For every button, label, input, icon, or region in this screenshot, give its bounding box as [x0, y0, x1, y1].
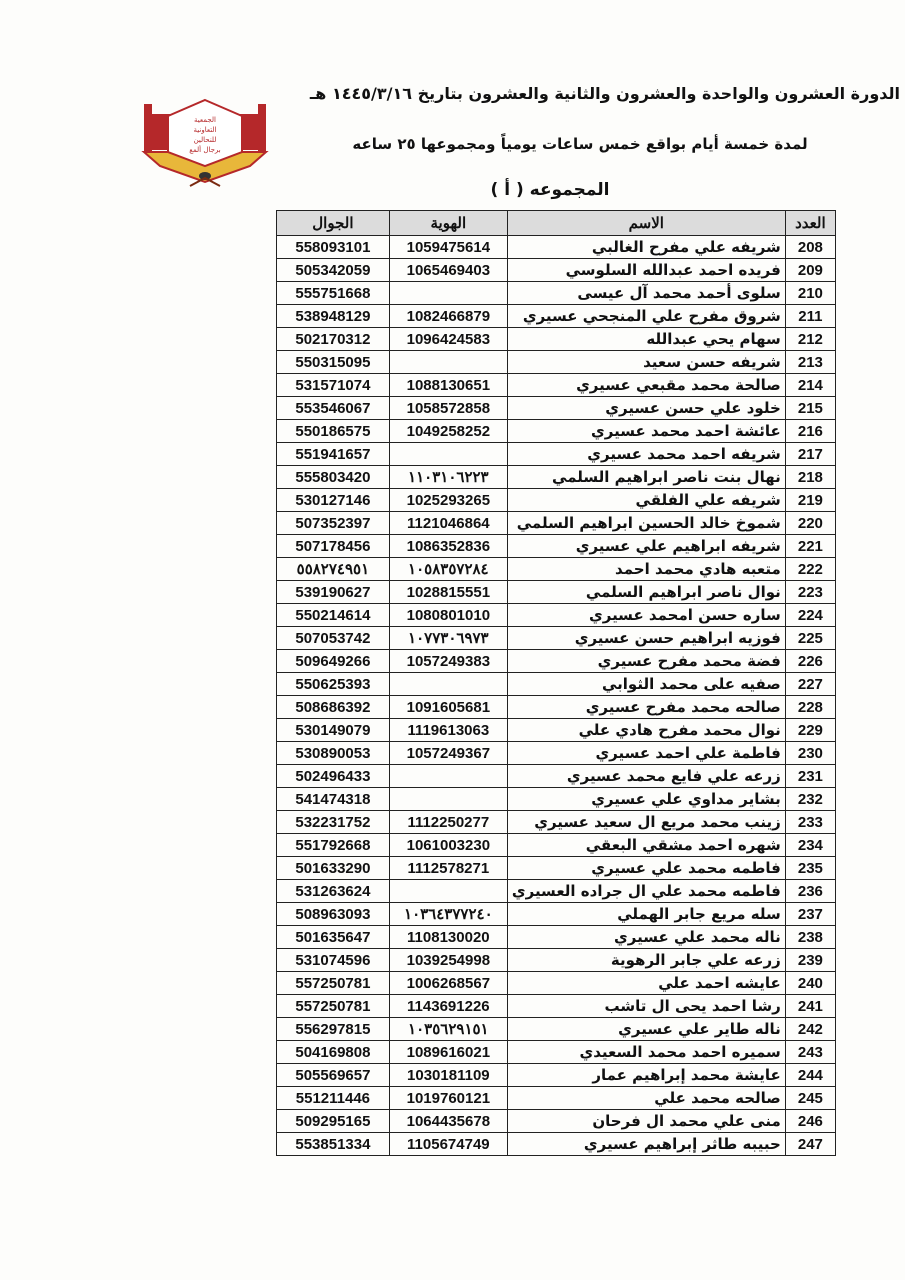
row-number: 241 — [785, 995, 835, 1018]
participant-name: صفيه على محمد الثوابي — [507, 673, 785, 696]
table-row: 234شهره احمد مشقي البعقي1061003230551792… — [277, 834, 836, 857]
mobile-number: 550315095 — [277, 351, 390, 374]
mobile-number: 551941657 — [277, 443, 390, 466]
row-number: 230 — [785, 742, 835, 765]
table-row: 224ساره حسن امحمد عسيري10808010105502146… — [277, 604, 836, 627]
participant-name: سلوى أحمد محمد آل عيسى — [507, 282, 785, 305]
table-row: 210سلوى أحمد محمد آل عيسى555751668 — [277, 282, 836, 305]
participant-name: متعبه هادي محمد احمد — [507, 558, 785, 581]
table-row: 236فاطمه محمد علي ال جراده العسيري531263… — [277, 880, 836, 903]
national-id: 1019760121 — [389, 1087, 507, 1110]
participant-name: منى علي محمد ال فرحان — [507, 1110, 785, 1133]
national-id: 1039254998 — [389, 949, 507, 972]
mobile-number: 531074596 — [277, 949, 390, 972]
mobile-number: 557250781 — [277, 995, 390, 1018]
row-number: 226 — [785, 650, 835, 673]
participant-name: سهام يحي عبدالله — [507, 328, 785, 351]
mobile-number: 507178456 — [277, 535, 390, 558]
table-row: 244عايشة محمد إبراهيم عمار10301811095055… — [277, 1064, 836, 1087]
row-number: 218 — [785, 466, 835, 489]
national-id — [389, 351, 507, 374]
mobile-number: 531571074 — [277, 374, 390, 397]
participant-name: صالحه محمد مفرح عسيري — [507, 696, 785, 719]
participant-name: ناله محمد علي عسيري — [507, 926, 785, 949]
mobile-number: 530149079 — [277, 719, 390, 742]
row-number: 247 — [785, 1133, 835, 1156]
national-id: 1065469403 — [389, 259, 507, 282]
row-number: 227 — [785, 673, 835, 696]
mobile-number: 509649266 — [277, 650, 390, 673]
table-row: 230فاطمة علي احمد عسيري10572493675308900… — [277, 742, 836, 765]
row-number: 235 — [785, 857, 835, 880]
participant-name: شريفه حسن سعيد — [507, 351, 785, 374]
national-id: 1006268567 — [389, 972, 507, 995]
mobile-number: 550214614 — [277, 604, 390, 627]
mobile-number: ٥٥٨٢٧٤٩٥١ — [277, 558, 390, 581]
participant-name: نهال بنت ناصر ابراهيم السلمي — [507, 466, 785, 489]
national-id: ١١٠٣١٠٦٢٢٣ — [389, 466, 507, 489]
row-number: 222 — [785, 558, 835, 581]
participant-name: سله مريع جابر الهملي — [507, 903, 785, 926]
national-id — [389, 788, 507, 811]
table-row: 239زرعه علي جابر الرهوية1039254998531074… — [277, 949, 836, 972]
national-id: 1089616021 — [389, 1041, 507, 1064]
participant-name: فاطمه محمد علي ال جراده العسيري — [507, 880, 785, 903]
participant-name: صالحة محمد مقبعي عسيري — [507, 374, 785, 397]
row-number: 237 — [785, 903, 835, 926]
row-number: 234 — [785, 834, 835, 857]
table-row: 214صالحة محمد مقبعي عسيري108813065153157… — [277, 374, 836, 397]
mobile-number: 531263624 — [277, 880, 390, 903]
national-id: 1112578271 — [389, 857, 507, 880]
row-number: 221 — [785, 535, 835, 558]
row-number: 209 — [785, 259, 835, 282]
mobile-number: 557250781 — [277, 972, 390, 995]
group-label: المجموعه ( أ ) — [400, 180, 700, 200]
mobile-number: 551211446 — [277, 1087, 390, 1110]
row-number: 215 — [785, 397, 835, 420]
table-row: 216عائشة احمد محمد عسيري1049258252550186… — [277, 420, 836, 443]
mobile-number: 558093101 — [277, 236, 390, 259]
row-number: 240 — [785, 972, 835, 995]
mobile-number: 507053742 — [277, 627, 390, 650]
row-number: 216 — [785, 420, 835, 443]
participant-name: عايشه احمد علي — [507, 972, 785, 995]
mobile-number: 505569657 — [277, 1064, 390, 1087]
participant-name: سميره احمد محمد السعيدي — [507, 1041, 785, 1064]
document-title: الدورة العشرون والواحدة والعشرون والثاني… — [280, 84, 900, 103]
table-row: 211شروق مفرح علي المنجحي عسيري1082466879… — [277, 305, 836, 328]
national-id: 1105674749 — [389, 1133, 507, 1156]
row-number: 232 — [785, 788, 835, 811]
national-id — [389, 880, 507, 903]
table-row: 222متعبه هادي محمد احمد١٠٥٨٣٥٧٢٨٤٥٥٨٢٧٤٩… — [277, 558, 836, 581]
row-number: 220 — [785, 512, 835, 535]
table-row: 243سميره احمد محمد السعيدي10896160215041… — [277, 1041, 836, 1064]
participant-name: زينب محمد مريع ال سعيد عسيري — [507, 811, 785, 834]
participant-name: ساره حسن امحمد عسيري — [507, 604, 785, 627]
mobile-number: 550625393 — [277, 673, 390, 696]
table-row: 233زينب محمد مريع ال سعيد عسيري111225027… — [277, 811, 836, 834]
national-id: 1080801010 — [389, 604, 507, 627]
row-number: 213 — [785, 351, 835, 374]
mobile-number: 530127146 — [277, 489, 390, 512]
national-id: 1025293265 — [389, 489, 507, 512]
row-number: 224 — [785, 604, 835, 627]
participant-name: نوال ناصر ابراهيم السلمي — [507, 581, 785, 604]
national-id: 1088130651 — [389, 374, 507, 397]
national-id: 1119613063 — [389, 719, 507, 742]
row-number: 219 — [785, 489, 835, 512]
national-id: 1028815551 — [389, 581, 507, 604]
participant-name: فاطمة علي احمد عسيري — [507, 742, 785, 765]
national-id: 1061003230 — [389, 834, 507, 857]
national-id: ١٠٧٧٣٠٦٩٧٣ — [389, 627, 507, 650]
table-row: 212سهام يحي عبدالله1096424583502170312 — [277, 328, 836, 351]
mobile-number: 556297815 — [277, 1018, 390, 1041]
row-number: 244 — [785, 1064, 835, 1087]
table-row: 247حبيبه طاثر إبراهيم عسيري1105674749553… — [277, 1133, 836, 1156]
svg-text:الجمعية: الجمعية — [194, 116, 216, 124]
mobile-number: 505342059 — [277, 259, 390, 282]
table-row: 218نهال بنت ناصر ابراهيم السلمي١١٠٣١٠٦٢٢… — [277, 466, 836, 489]
row-number: 245 — [785, 1087, 835, 1110]
national-id: 1112250277 — [389, 811, 507, 834]
national-id: 1096424583 — [389, 328, 507, 351]
row-number: 211 — [785, 305, 835, 328]
national-id: 1058572858 — [389, 397, 507, 420]
mobile-number: 550186575 — [277, 420, 390, 443]
row-number: 212 — [785, 328, 835, 351]
row-number: 238 — [785, 926, 835, 949]
participant-name: بشاير مداوي علي عسيري — [507, 788, 785, 811]
mobile-number: 501635647 — [277, 926, 390, 949]
table-row: 217شريفه احمد محمد عسيري551941657 — [277, 443, 836, 466]
table-row: 231زرعه علي فايع محمد عسيري502496433 — [277, 765, 836, 788]
participant-name: رشا احمد يحى ال تاشب — [507, 995, 785, 1018]
table-row: 246منى علي محمد ال فرحان1064435678509295… — [277, 1110, 836, 1133]
table-row: 228صالحه محمد مفرح عسيري1091605681508686… — [277, 696, 836, 719]
column-header-number: العدد — [785, 211, 835, 236]
column-header-id: الهوية — [389, 211, 507, 236]
mobile-number: 538948129 — [277, 305, 390, 328]
table-row: 245صالحه محمد علي1019760121551211446 — [277, 1087, 836, 1110]
national-id: 1091605681 — [389, 696, 507, 719]
mobile-number: 502496433 — [277, 765, 390, 788]
row-number: 217 — [785, 443, 835, 466]
national-id: 1108130020 — [389, 926, 507, 949]
mobile-number: 530890053 — [277, 742, 390, 765]
row-number: 231 — [785, 765, 835, 788]
mobile-number: 504169808 — [277, 1041, 390, 1064]
participant-name: حبيبه طاثر إبراهيم عسيري — [507, 1133, 785, 1156]
table-row: 223نوال ناصر ابراهيم السلمي1028815551539… — [277, 581, 836, 604]
mobile-number: 539190627 — [277, 581, 390, 604]
mobile-number: 555751668 — [277, 282, 390, 305]
national-id: ١٠٣٦٤٣٧٧٢٤٠ — [389, 903, 507, 926]
national-id: ١٠٣٥٦٢٩١٥١ — [389, 1018, 507, 1041]
row-number: 229 — [785, 719, 835, 742]
national-id — [389, 765, 507, 788]
mobile-number: 508963093 — [277, 903, 390, 926]
row-number: 210 — [785, 282, 835, 305]
table-body: 208شريفه علي مفرح الغالبي105947561455809… — [277, 236, 836, 1156]
table-row: 221شريفه ابراهيم علي عسيري10863528365071… — [277, 535, 836, 558]
table-row: 241رشا احمد يحى ال تاشب11436912265572507… — [277, 995, 836, 1018]
table-row: 213شريفه حسن سعيد550315095 — [277, 351, 836, 374]
table-row: 237سله مريع جابر الهملي١٠٣٦٤٣٧٧٢٤٠508963… — [277, 903, 836, 926]
national-id: 1049258252 — [389, 420, 507, 443]
national-id: 1143691226 — [389, 995, 507, 1018]
national-id — [389, 443, 507, 466]
participant-name: شريفه علي الفلقي — [507, 489, 785, 512]
mobile-number: 508686392 — [277, 696, 390, 719]
participant-name: شريفه علي مفرح الغالبي — [507, 236, 785, 259]
row-number: 236 — [785, 880, 835, 903]
participants-table: العدد الاسم الهوية الجوال 208شريفه علي م… — [276, 210, 836, 1156]
participant-name: زرعه علي فايع محمد عسيري — [507, 765, 785, 788]
table-row: 235فاطمه محمد علي عسيري11125782715016332… — [277, 857, 836, 880]
row-number: 223 — [785, 581, 835, 604]
document-subtitle: لمدة خمسة أيام بواقع خمس ساعات يومياً وم… — [300, 135, 860, 153]
participant-name: خلود علي حسن عسيري — [507, 397, 785, 420]
table-row: 219شريفه علي الفلقي1025293265530127146 — [277, 489, 836, 512]
mobile-number: 507352397 — [277, 512, 390, 535]
table-row: 227صفيه على محمد الثوابي550625393 — [277, 673, 836, 696]
row-number: 233 — [785, 811, 835, 834]
participant-name: شريفه ابراهيم علي عسيري — [507, 535, 785, 558]
table-row: 240عايشه احمد علي1006268567557250781 — [277, 972, 836, 995]
table-row: 215خلود علي حسن عسيري1058572858553546067 — [277, 397, 836, 420]
table-row: 225فوزيه ابراهيم حسن عسيري١٠٧٧٣٠٦٩٧٣5070… — [277, 627, 836, 650]
participant-name: شريفه احمد محمد عسيري — [507, 443, 785, 466]
mobile-number: 509295165 — [277, 1110, 390, 1133]
national-id: 1121046864 — [389, 512, 507, 535]
row-number: 228 — [785, 696, 835, 719]
participant-name: زرعه علي جابر الرهوية — [507, 949, 785, 972]
national-id: ١٠٥٨٣٥٧٢٨٤ — [389, 558, 507, 581]
row-number: 225 — [785, 627, 835, 650]
participant-name: فوزيه ابراهيم حسن عسيري — [507, 627, 785, 650]
row-number: 214 — [785, 374, 835, 397]
column-header-phone: الجوال — [277, 211, 390, 236]
participant-name: صالحه محمد علي — [507, 1087, 785, 1110]
svg-text:للنحالين: للنحالين — [194, 136, 217, 144]
table-row: 229نوال محمد مفرح هادي علي11196130635301… — [277, 719, 836, 742]
row-number: 208 — [785, 236, 835, 259]
mobile-number: 555803420 — [277, 466, 390, 489]
participant-name: فضة محمد مفرح عسيري — [507, 650, 785, 673]
table-row: 209فريده احمد عبدالله السلوسي10654694035… — [277, 259, 836, 282]
table-row: 226فضة محمد مفرح عسيري105724938350964926… — [277, 650, 836, 673]
table-row: 232بشاير مداوي علي عسيري541474318 — [277, 788, 836, 811]
participant-name: عائشة احمد محمد عسيري — [507, 420, 785, 443]
participant-name: عايشة محمد إبراهيم عمار — [507, 1064, 785, 1087]
mobile-number: 551792668 — [277, 834, 390, 857]
table-header-row: العدد الاسم الهوية الجوال — [277, 211, 836, 236]
national-id — [389, 673, 507, 696]
table-row: 220شموخ خالد الحسين ابراهيم السلمي112104… — [277, 512, 836, 535]
participant-name: فاطمه محمد علي عسيري — [507, 857, 785, 880]
association-logo: الجمعية التعاونية للنحالين برجال ألمع — [140, 96, 270, 196]
table-row: 208شريفه علي مفرح الغالبي105947561455809… — [277, 236, 836, 259]
mobile-number: 502170312 — [277, 328, 390, 351]
participant-name: نوال محمد مفرح هادي علي — [507, 719, 785, 742]
svg-text:التعاونية: التعاونية — [194, 126, 217, 134]
mobile-number: 501633290 — [277, 857, 390, 880]
participant-name: فريده احمد عبدالله السلوسي — [507, 259, 785, 282]
row-number: 242 — [785, 1018, 835, 1041]
participant-name: ناله طاير علي عسيري — [507, 1018, 785, 1041]
row-number: 239 — [785, 949, 835, 972]
participant-name: شهره احمد مشقي البعقي — [507, 834, 785, 857]
national-id: 1057249367 — [389, 742, 507, 765]
row-number: 246 — [785, 1110, 835, 1133]
mobile-number: 532231752 — [277, 811, 390, 834]
mobile-number: 541474318 — [277, 788, 390, 811]
national-id: 1057249383 — [389, 650, 507, 673]
table-row: 238ناله محمد علي عسيري110813002050163564… — [277, 926, 836, 949]
national-id — [389, 282, 507, 305]
national-id: 1064435678 — [389, 1110, 507, 1133]
mobile-number: 553546067 — [277, 397, 390, 420]
row-number: 243 — [785, 1041, 835, 1064]
participant-name: شروق مفرح علي المنجحي عسيري — [507, 305, 785, 328]
national-id: 1082466879 — [389, 305, 507, 328]
national-id: 1059475614 — [389, 236, 507, 259]
national-id: 1030181109 — [389, 1064, 507, 1087]
participant-name: شموخ خالد الحسين ابراهيم السلمي — [507, 512, 785, 535]
mobile-number: 553851334 — [277, 1133, 390, 1156]
svg-text:برجال ألمع: برجال ألمع — [189, 145, 220, 154]
national-id: 1086352836 — [389, 535, 507, 558]
column-header-name: الاسم — [507, 211, 785, 236]
table-row: 242ناله طاير علي عسيري١٠٣٥٦٢٩١٥١55629781… — [277, 1018, 836, 1041]
